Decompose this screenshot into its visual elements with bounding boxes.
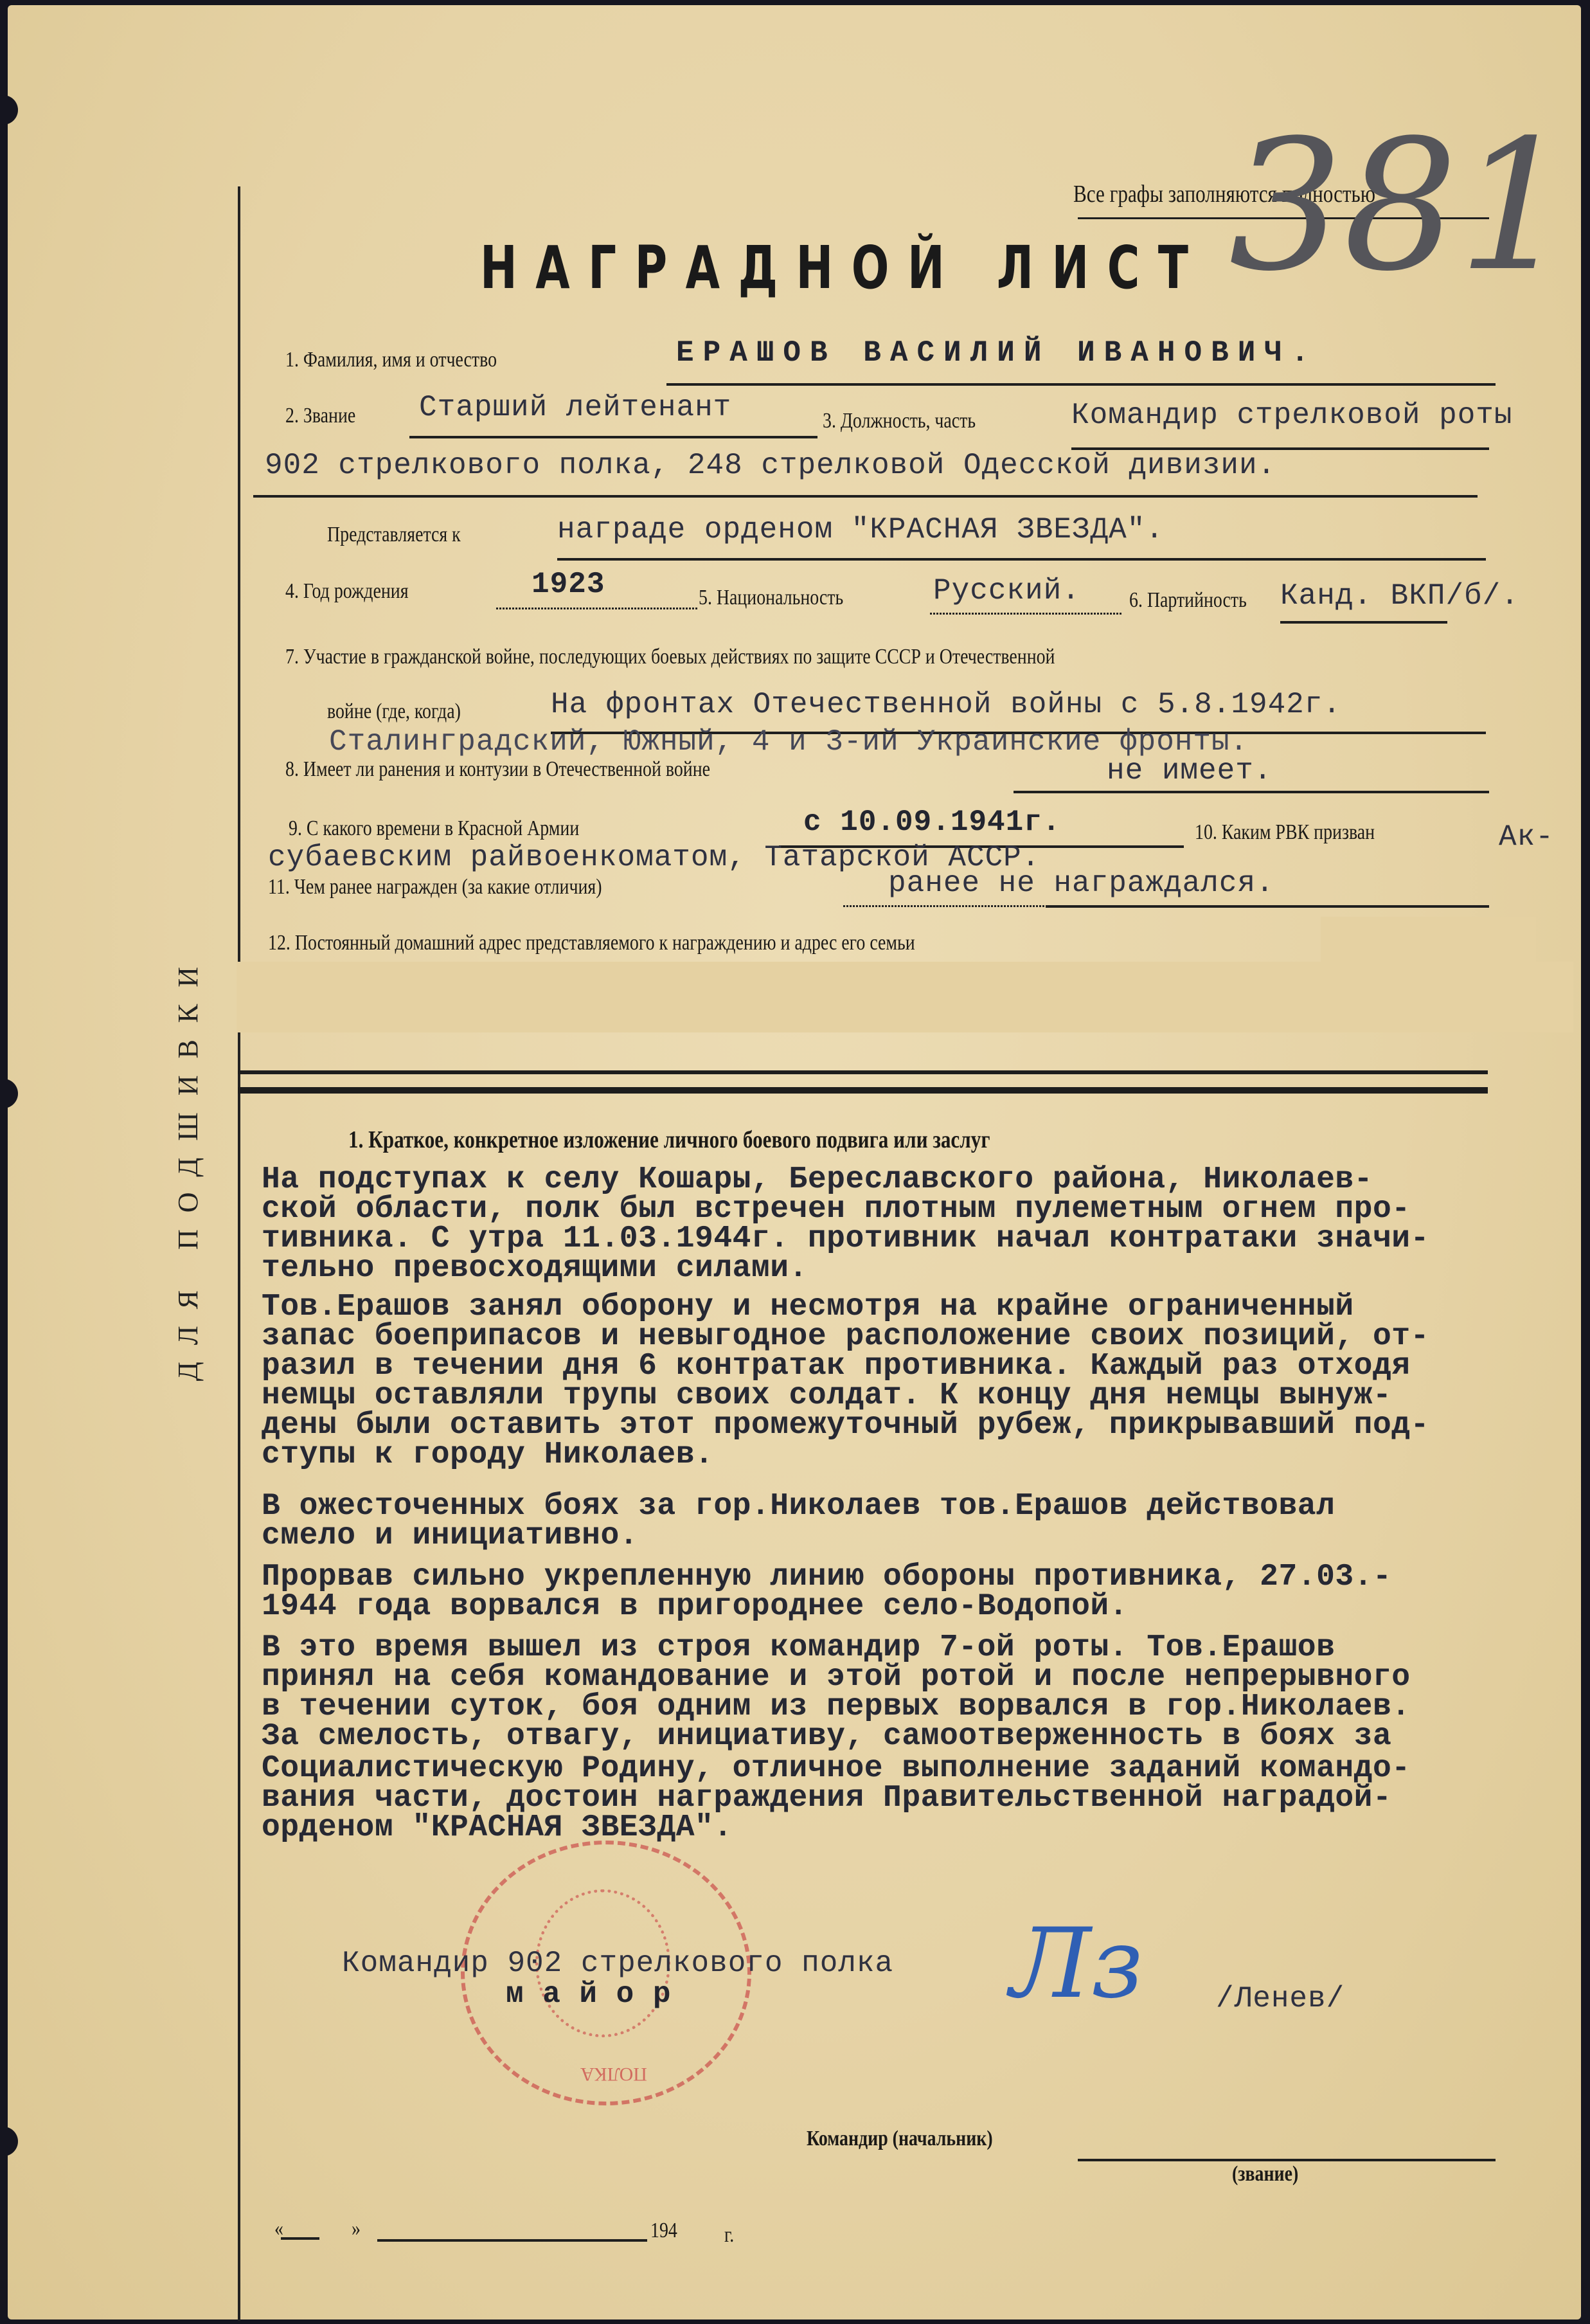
field-9-label: 9. С какого времени в Красной Армии: [289, 816, 579, 841]
body-line: тельно превосходящими силами.: [262, 1251, 808, 1286]
commander-line: [1078, 2159, 1496, 2161]
binding-margin-line: [238, 186, 240, 2321]
archive-number: 381: [1229, 102, 1572, 311]
field-2-line: [409, 436, 817, 438]
stamp-text: ПОЛКА: [580, 2063, 647, 2085]
commander-rank: м а й о р: [506, 1977, 671, 2011]
body-line: ступы к городу Николаев.: [262, 1437, 713, 1472]
award-sheet-page: ДЛЯ ПОДШИВКИ Все графы заполняются полно…: [8, 5, 1581, 2319]
body-line: смело и инициативно.: [262, 1518, 638, 1553]
field-2-value: Старший лейтенант: [419, 391, 731, 424]
field-6-value: Канд. ВКП/б/.: [1280, 579, 1519, 613]
field-1-label: 1. Фамилия, имя и отчество: [285, 348, 497, 372]
separator-rule-thick: [238, 1087, 1488, 1094]
page-title: НАГРАДНОЙ ЛИСТ: [480, 233, 1206, 302]
field-4-value: 1923: [531, 568, 605, 601]
date-month-line: [377, 2239, 647, 2242]
date-year-suffix: г.: [724, 2223, 734, 2247]
field-6-label: 6. Партийность: [1129, 588, 1247, 613]
nominated-line: [557, 558, 1486, 561]
field-7-label-line2: войне (где, когда): [327, 699, 461, 724]
field-3-line2: [253, 495, 1478, 498]
field-7-value-line1: На фронтах Отечественной войны с 5.8.194…: [551, 688, 1341, 721]
field-9-value: с 10.09.1941г.: [803, 806, 1060, 839]
date-year-prefix: 194: [650, 2219, 677, 2243]
field-1-line: [666, 383, 1496, 386]
field-11-label: 11. Чем ранее награжден (за какие отличи…: [268, 875, 602, 899]
field-12-label: 12. Постоянный домашний адрес представля…: [268, 931, 915, 955]
field-8-label: 8. Имеет ли ранения и контузии в Отечест…: [285, 757, 710, 782]
field-5-value: Русский.: [933, 574, 1080, 608]
date-day-line: [281, 2237, 319, 2240]
commander-name: /Ленев/: [1216, 1982, 1344, 2015]
commander-position: Командир 902 стрелкового полка: [342, 1947, 893, 1980]
section-heading: 1. Краткое, конкретное изложение личного…: [348, 1126, 990, 1154]
field-5-line: [930, 613, 1123, 615]
commander-label: Командир (начальник): [807, 2127, 993, 2151]
binding-hole-top: [0, 95, 18, 125]
body-line: 1944 года ворвался в пригороднее село-Во…: [262, 1589, 1128, 1624]
binding-hole-bottom: [0, 2127, 18, 2156]
field-3-label: 3. Должность, часть: [823, 409, 976, 433]
field-1-value: ЕРАШОВ ВАСИЛИЙ ИВАНОВИЧ.: [676, 336, 1318, 370]
field-7-label-line1: 7. Участие в гражданской войне, последую…: [285, 645, 1055, 669]
rank-caption: (звание): [1232, 2162, 1298, 2186]
field-11-value: ранее не награждался.: [888, 867, 1274, 900]
body-line: За смелость, отвагу, инициативу, самоотв…: [262, 1719, 1391, 1754]
date-quote-close: »: [352, 2217, 361, 2241]
field-10-value-start: Ак-: [1499, 820, 1554, 854]
redacted-address-block: [237, 962, 1573, 1032]
binding-hole-mid: [0, 1079, 18, 1108]
field-11-line-a: [843, 905, 1046, 907]
body-line: орденом "КРАСНАЯ ЗВЕЗДА".: [262, 1810, 733, 1845]
field-3-value-line2: 902 стрелкового полка, 248 стрелковой Од…: [265, 449, 1276, 482]
field-4-line: [496, 608, 699, 609]
field-4-label: 4. Год рождения: [285, 579, 409, 604]
field-10-label: 10. Каким РВК призван: [1195, 820, 1375, 845]
field-8-value: не имеет.: [1107, 754, 1272, 788]
field-2-label: 2. Звание: [285, 404, 355, 428]
field-8-line: [1014, 791, 1489, 793]
margin-label: ДЛЯ ПОДШИВКИ: [172, 950, 204, 1381]
nominated-value: награде орденом "КРАСНАЯ ЗВЕЗДА".: [557, 513, 1164, 546]
separator-rule-thin: [238, 1070, 1488, 1074]
field-5-label: 5. Национальность: [699, 586, 843, 610]
nominated-label: Представляется к: [327, 523, 461, 547]
field-3-value-line1: Командир стрелковой роты: [1071, 399, 1513, 432]
handwritten-signature: Лз: [1010, 1908, 1143, 2020]
field-6-line: [1280, 621, 1447, 624]
field-11-line-b: [1046, 905, 1489, 908]
